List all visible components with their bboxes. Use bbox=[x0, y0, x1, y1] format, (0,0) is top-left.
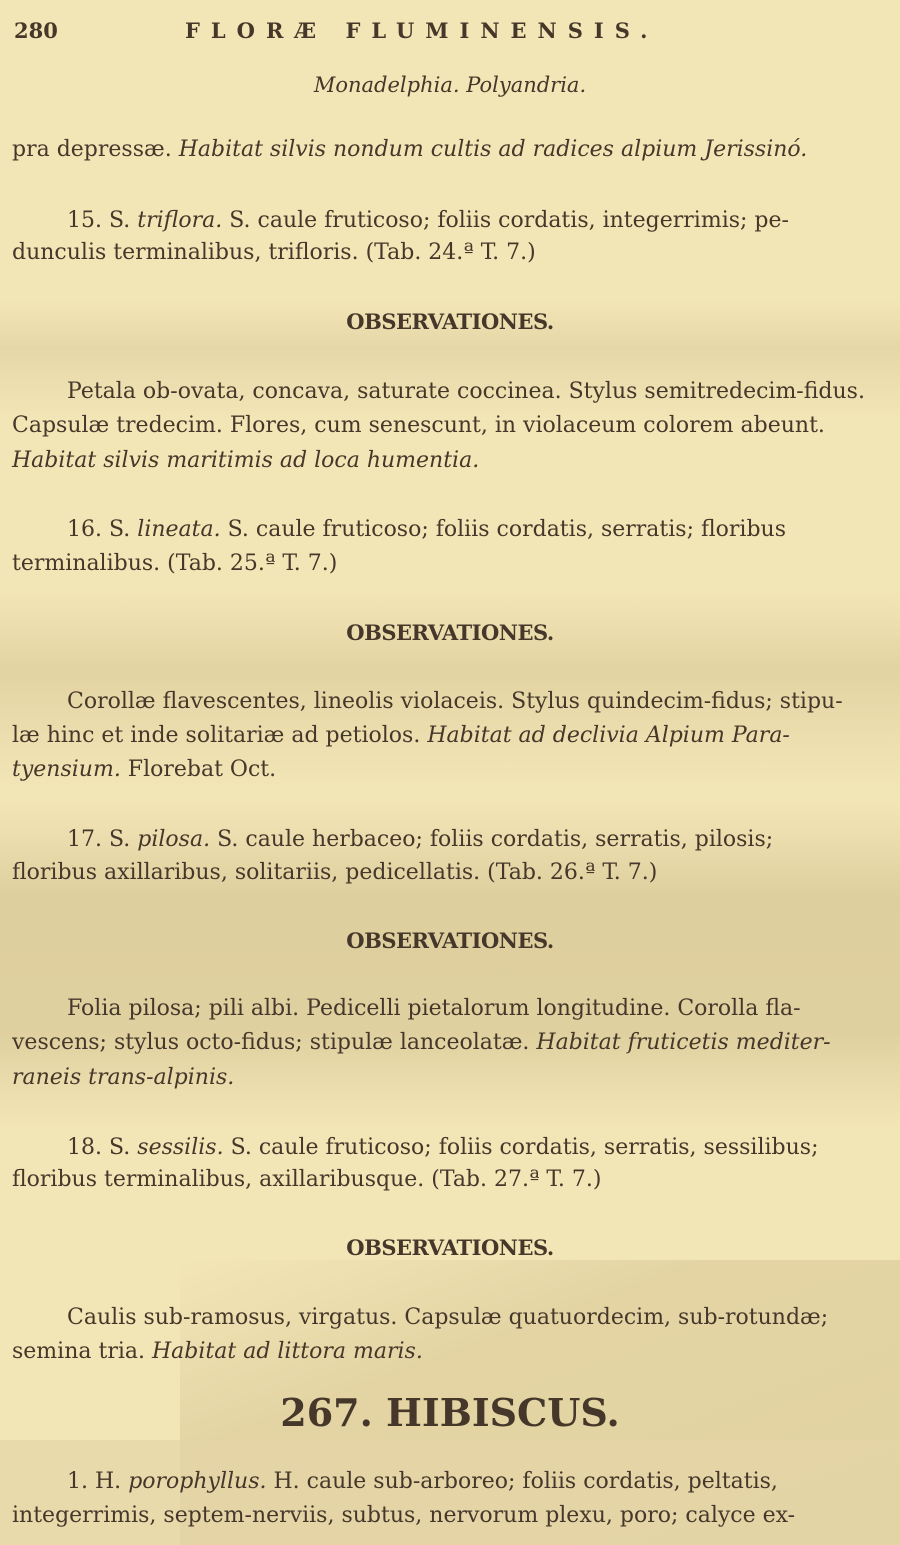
genus-abbr: S. bbox=[109, 827, 130, 852]
observation-line: Petala ob-ovata, concava, saturate cocci… bbox=[12, 377, 890, 407]
habitat-text: Habitat fruticetis mediter- bbox=[536, 1030, 830, 1055]
observation-line: semina tria. Habitat ad littora maris. bbox=[12, 1337, 890, 1367]
observation-line: Capsulæ tredecim. Flores, cum senescunt,… bbox=[12, 411, 890, 441]
observations-heading: OBSERVATIONES. bbox=[0, 309, 900, 334]
genus-abbr: H. bbox=[95, 1469, 121, 1494]
observation-line: læ hinc et inde solitariæ ad petiolos. H… bbox=[12, 721, 890, 751]
species-epithet: triflora. bbox=[137, 208, 222, 233]
species-epithet: sessilis. bbox=[137, 1135, 223, 1160]
observation-text: vescens; stylus octo-fidus; stipulæ lanc… bbox=[12, 1030, 536, 1055]
observations-heading: OBSERVATIONES. bbox=[0, 620, 900, 645]
observation-line: Corollæ flavescentes, lineolis violaceis… bbox=[12, 687, 890, 717]
diagnosis-text: S. caule fruticoso; foliis cordatis, ser… bbox=[231, 1135, 819, 1160]
habitat-text: Habitat ad littora maris. bbox=[152, 1339, 423, 1364]
book-page: 280 FLORÆ FLUMINENSIS. Monadelphia. Poly… bbox=[0, 0, 900, 1545]
genus-abbr: S. bbox=[109, 517, 130, 542]
text-roman: pra depressæ. bbox=[12, 137, 179, 162]
habitat-text: raneis trans-alpinis. bbox=[12, 1065, 234, 1090]
species-epithet: porophyllus. bbox=[128, 1469, 266, 1494]
species-number: 18. bbox=[12, 1135, 102, 1160]
diagnosis-text: H. caule sub-arboreo; foliis cordatis, p… bbox=[273, 1469, 777, 1494]
species-number: 16. bbox=[12, 517, 102, 542]
species-entry-16-line2: terminalibus. (Tab. 25.ª T. 7.) bbox=[12, 549, 890, 579]
observations-heading: OBSERVATIONES. bbox=[0, 1235, 900, 1260]
observation-text: Caulis sub-ramosus, virgatus. Capsulæ qu… bbox=[12, 1305, 828, 1330]
species-number: 1. bbox=[12, 1469, 88, 1494]
observation-text: semina tria. bbox=[12, 1339, 152, 1364]
habitat-text: tyensium. bbox=[12, 757, 121, 782]
genus-heading: 267. HIBISCUS. bbox=[0, 1390, 900, 1435]
observation-line: raneis trans-alpinis. bbox=[12, 1063, 890, 1093]
observation-line: Folia pilosa; pili albi. Pedicelli pieta… bbox=[12, 994, 890, 1024]
species-number: 17. bbox=[12, 827, 102, 852]
species-epithet: lineata. bbox=[137, 517, 220, 542]
habitat-text: Habitat ad declivia Alpium Para- bbox=[427, 723, 790, 748]
observation-text: Corollæ flavescentes, lineolis violaceis… bbox=[12, 689, 843, 714]
species-entry-16: 16. S. lineata. S. caule fruticoso; foli… bbox=[12, 515, 890, 545]
observation-text: læ hinc et inde solitariæ ad petiolos. bbox=[12, 723, 427, 748]
observation-text: Petala ob-ovata, concava, saturate cocci… bbox=[12, 379, 865, 404]
habitat-text: Habitat silvis nondum cultis ad radices … bbox=[179, 137, 808, 162]
species-entry-18: 18. S. sessilis. S. caule fruticoso; fol… bbox=[12, 1133, 890, 1163]
running-title: FLORÆ FLUMINENSIS. bbox=[185, 18, 658, 43]
genus-abbr: S. bbox=[109, 208, 130, 233]
observation-line: vescens; stylus octo-fidus; stipulæ lanc… bbox=[12, 1028, 890, 1058]
observation-line: Habitat silvis maritimis ad loca humenti… bbox=[12, 446, 890, 476]
page-number: 280 bbox=[14, 18, 58, 43]
species-number: 15. bbox=[12, 208, 102, 233]
observation-line: tyensium. Florebat Oct. bbox=[12, 755, 890, 785]
species-entry-17-line2: floribus axillaribus, solitariis, pedice… bbox=[12, 858, 890, 888]
species-entry-17: 17. S. pilosa. S. caule herbaceo; foliis… bbox=[12, 825, 890, 855]
diagnosis-text: S. caule herbaceo; foliis cordatis, serr… bbox=[217, 827, 773, 852]
diagnosis-text: S. caule fruticoso; foliis cordatis, ser… bbox=[228, 517, 786, 542]
diagnosis-text: S. caule fruticoso; foliis cordatis, int… bbox=[229, 208, 789, 233]
habitat-text: Habitat silvis maritimis ad loca humenti… bbox=[12, 448, 479, 473]
species-entry-hibiscus-1: 1. H. porophyllus. H. caule sub-arboreo;… bbox=[12, 1467, 890, 1497]
species-entry-18-line2: floribus terminalibus, axillaribusque. (… bbox=[12, 1165, 890, 1195]
observation-text: Florebat Oct. bbox=[121, 757, 276, 782]
section-subtitle: Monadelphia. Polyandria. bbox=[0, 73, 900, 97]
species-entry-15: 15. S. triflora. S. caule fruticoso; fol… bbox=[12, 206, 890, 236]
species-entry-hibiscus-1-line2: integerrimis, septem-nerviis, subtus, ne… bbox=[12, 1501, 890, 1531]
observation-line: Caulis sub-ramosus, virgatus. Capsulæ qu… bbox=[12, 1303, 890, 1333]
genus-abbr: S. bbox=[109, 1135, 130, 1160]
observations-heading: OBSERVATIONES. bbox=[0, 928, 900, 953]
observation-text: Folia pilosa; pili albi. Pedicelli pieta… bbox=[12, 996, 801, 1021]
species-entry-15-line2: dunculis terminalibus, trifloris. (Tab. … bbox=[12, 238, 890, 268]
species-epithet: pilosa. bbox=[137, 827, 210, 852]
continuation-line: pra depressæ. Habitat silvis nondum cult… bbox=[12, 135, 890, 165]
